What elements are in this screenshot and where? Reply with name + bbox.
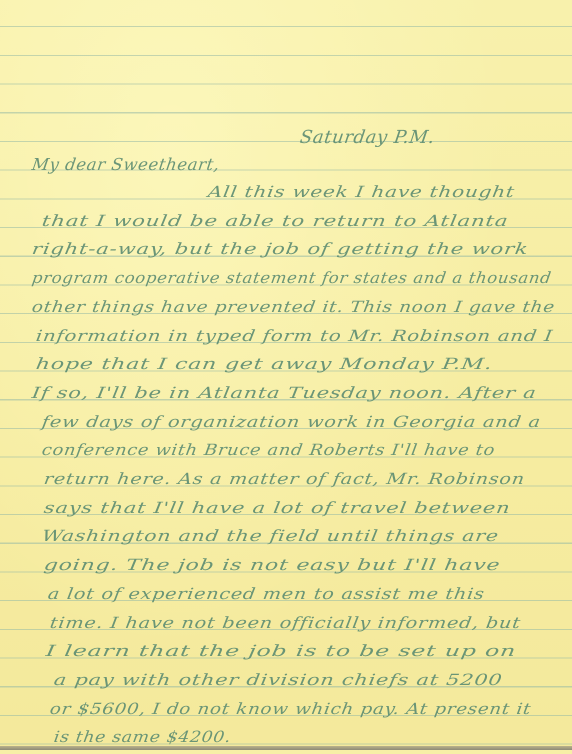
letter-line: that I would be able to return to Atlant… — [41, 212, 510, 230]
letter-line: going. The job is not easy but I'll have — [43, 556, 502, 574]
letter-salutation: My dear Sweetheart, — [31, 155, 221, 174]
letter-line: program cooperative statement for states… — [31, 269, 553, 287]
letter-line: right-a-way, but the job of getting the … — [31, 240, 530, 258]
letter-line: other things have prevented it. This noo… — [31, 298, 556, 316]
letter-line: says that I'll have a lot of travel betw… — [43, 499, 512, 517]
letter-line: is the same $4200. — [53, 728, 233, 746]
letter-line: a pay with other division chiefs at 5200 — [53, 671, 504, 689]
letter-date: Saturday P.M. — [299, 127, 437, 148]
letter-line: If so, I'll be in Atlanta Tuesday noon. … — [31, 384, 538, 402]
letter-line: All this week I have thought — [207, 183, 516, 201]
letter-line: Washington and the field until things ar… — [41, 527, 500, 545]
letter-line: few days of organization work in Georgia… — [41, 413, 542, 431]
letter-line: or $5600, I do not know which pay. At pr… — [49, 700, 533, 718]
ruled-lines — [0, 0, 572, 750]
letter-line: conference with Bruce and Roberts I'll h… — [41, 441, 497, 459]
letter-line: a lot of experienced men to assist me th… — [47, 585, 486, 603]
letter-line: I learn that the job is to be set up on — [45, 642, 518, 660]
letter-line: time. I have not been officially informe… — [49, 614, 522, 632]
letter-line: hope that I can get away Monday P.M. — [35, 355, 494, 373]
letter-line: return here. As a matter of fact, Mr. Ro… — [43, 470, 526, 488]
letter-line: information in typed form to Mr. Robinso… — [35, 327, 554, 345]
page-bottom-edge — [0, 746, 572, 750]
letter-page: Saturday P.M. My dear Sweetheart, All th… — [0, 0, 572, 750]
